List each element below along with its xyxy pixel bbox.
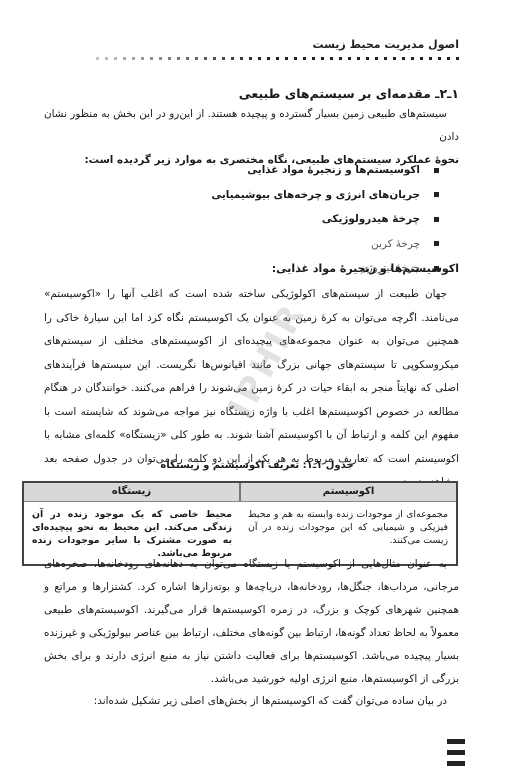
running-head: اصول مدیریت محیط زیست <box>312 38 459 51</box>
bullet-item: جریان‌های انرژی و چرخه‌های بیوشیمیایی <box>211 183 439 208</box>
bullet-item: چرخهٔ هیدرولوژیکی <box>211 207 439 232</box>
subsection-title: اکوسیستم‌ها و زنجیرهٔ مواد غذایی: <box>272 262 459 275</box>
bullet-item: اکوسیستم‌ها و زنجیرهٔ مواد غذایی <box>211 158 439 183</box>
square-bullet-icon <box>434 217 439 222</box>
examples-paragraph: به عنوان مثال‌هایی از اکوسیستم یا زیستگا… <box>44 553 459 691</box>
section-title: ۱ـ۲ـ مقدمه‌ای بر سیستم‌های طبیعی <box>239 86 459 101</box>
table-header-row: اکوسیستم زیستگاه <box>24 483 456 502</box>
square-bullet-icon <box>434 192 439 197</box>
thumb-bar <box>447 739 465 744</box>
chapter-thumb-mark <box>447 739 465 768</box>
bullet-item: چرخهٔ کربن <box>211 232 439 257</box>
header-habitat: زیستگاه <box>24 483 239 501</box>
book-page: اصول مدیریت محیط زیست ۱ـ۲ـ مقدمه‌ای بر س… <box>0 0 514 768</box>
header-dotted-rule <box>95 57 459 60</box>
square-bullet-icon <box>434 241 439 246</box>
square-bullet-icon <box>434 168 439 173</box>
thumb-bar <box>447 761 465 766</box>
summary-paragraph: در بیان ساده می‌توان گفت که اکوسیستم‌ها … <box>44 690 459 713</box>
header-ecosystem: اکوسیستم <box>239 483 456 501</box>
thumb-bar <box>447 750 465 755</box>
intro-line-1: سیستم‌های طبیعی زمین بسیار گسترده و پیچی… <box>44 103 459 149</box>
table-caption: جدول ۱ـ۱: تعریف اکوسیستم و زیستگاه <box>0 460 514 471</box>
